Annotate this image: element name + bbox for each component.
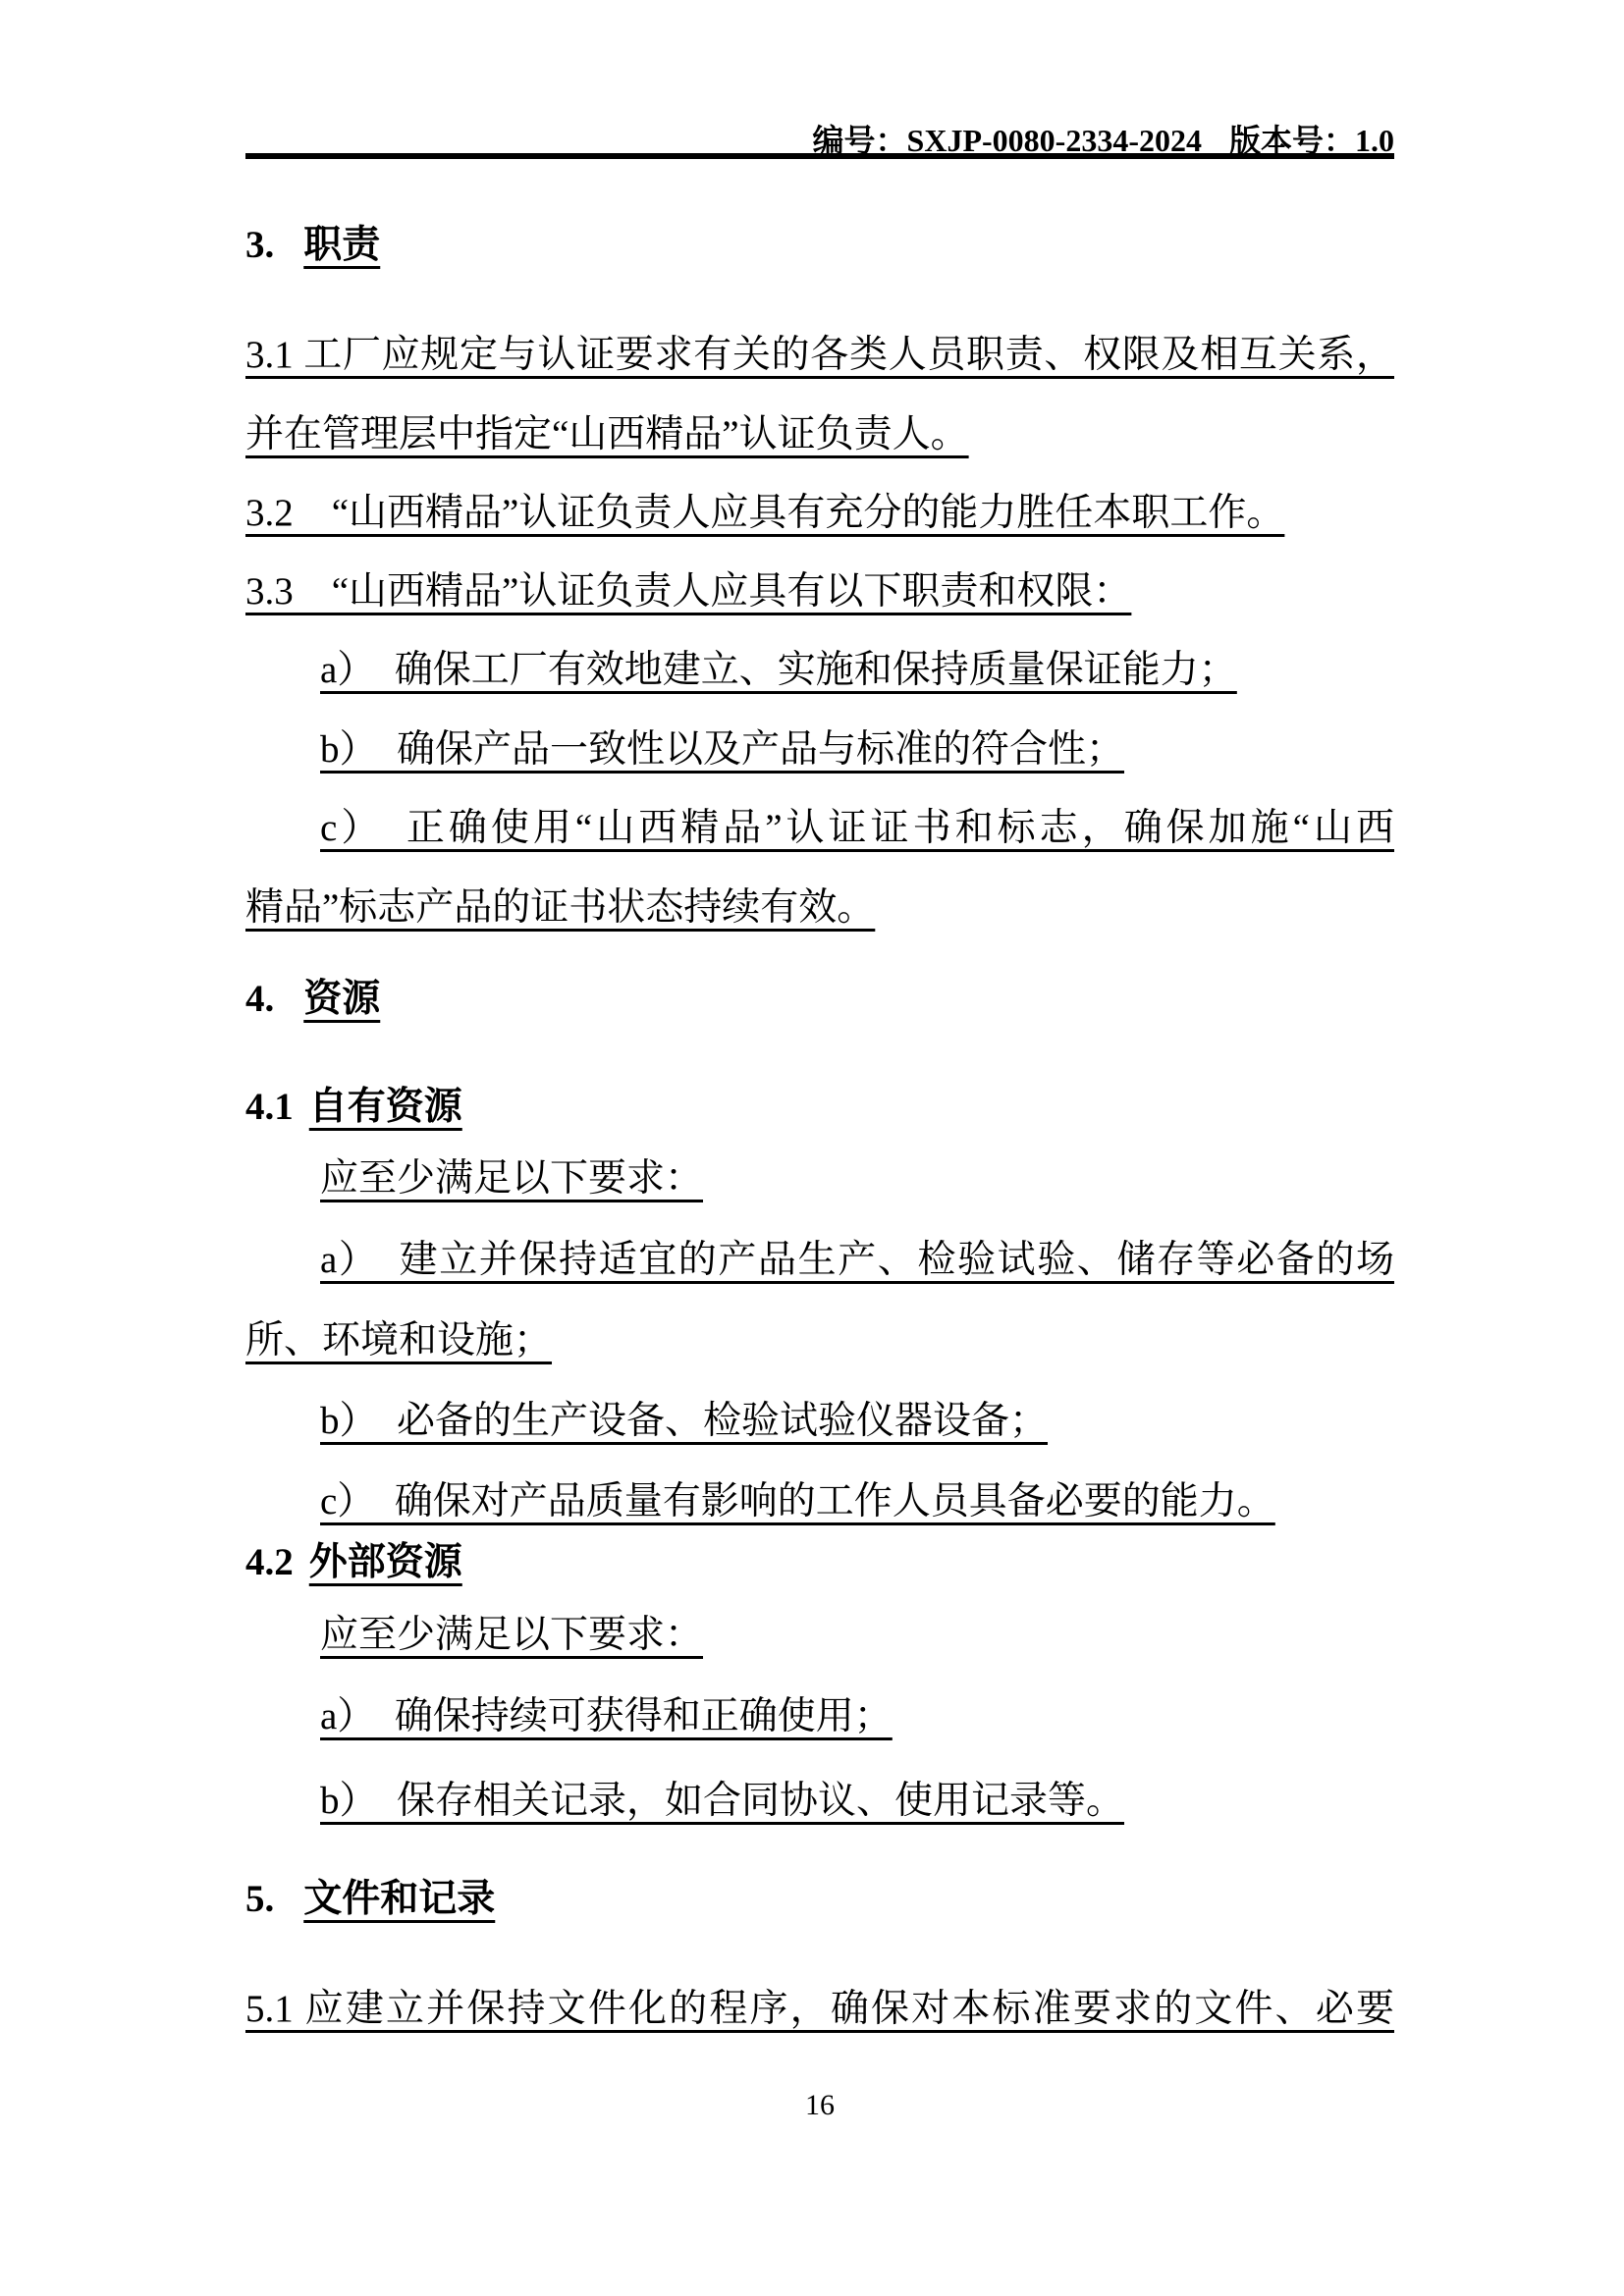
item-4-1-a-line-1: a） 建立并保持适宜的产品生产、检验试验、储存等必备的场 — [320, 1238, 1394, 1282]
heading-5-title: 文件和记录 — [303, 1878, 495, 1920]
heading-4-2-number: 4.2 — [245, 1540, 294, 1584]
heading-4-1-title: 自有资源 — [309, 1086, 462, 1128]
para-3-1-line-1: 3.1 工厂应规定与认证要求有关的各类人员职责、权限及相互关系， — [245, 333, 1394, 377]
para-5-1-line-1: 5.1 应建立并保持文件化的程序，确保对本标准要求的文件、必要 — [245, 1987, 1394, 2031]
para-4-2-intro: 应至少满足以下要求： — [320, 1613, 703, 1657]
item-4-1-b: b） 必备的生产设备、检验试验仪器设备； — [320, 1399, 1048, 1443]
document-page: 编号：SXJP-0080-2334-2024版本号：1.0 3.职责 3.1 工… — [0, 0, 1624, 2296]
heading-4-2: 4.2外部资源 — [245, 1540, 462, 1584]
para-3-2: 3.2 “山西精品”认证负责人应具有充分的能力胜任本职工作。 — [245, 491, 1284, 535]
heading-4-1: 4.1自有资源 — [245, 1085, 462, 1129]
item-3-3-a: a） 确保工厂有效地建立、实施和保持质量保证能力； — [320, 648, 1237, 692]
item-4-1-c: c） 确保对产品质量有影响的工作人员具备必要的能力。 — [320, 1479, 1275, 1523]
heading-4-title: 资源 — [303, 978, 380, 1020]
para-3-3: 3.3 “山西精品”认证负责人应具有以下职责和权限： — [245, 569, 1131, 614]
header-rule — [245, 153, 1394, 159]
item-4-2-a: a） 确保持续可获得和正确使用； — [320, 1694, 893, 1738]
item-3-3-b: b） 确保产品一致性以及产品与标准的符合性； — [320, 727, 1124, 772]
heading-4-1-number: 4.1 — [245, 1085, 294, 1129]
heading-5: 5.文件和记录 — [245, 1877, 495, 1921]
heading-5-number: 5. — [245, 1877, 274, 1921]
item-4-1-a-line-2: 所、环境和设施； — [245, 1318, 552, 1362]
para-4-1-intro: 应至少满足以下要求： — [320, 1156, 703, 1201]
page-number: 16 — [245, 2089, 1394, 2122]
item-3-3-c-line-2: 精品”标志产品的证书状态持续有效。 — [245, 885, 875, 930]
item-3-3-c-line-1: c） 正确使用“山西精品”认证证书和标志，确保加施“山西 — [320, 806, 1394, 850]
para-3-1-line-2: 并在管理层中指定“山西精品”认证负责人。 — [245, 412, 969, 456]
item-4-2-b: b） 保存相关记录，如合同协议、使用记录等。 — [320, 1779, 1124, 1823]
heading-4: 4.资源 — [245, 977, 380, 1021]
heading-3-number: 3. — [245, 223, 274, 267]
heading-3: 3.职责 — [245, 223, 380, 267]
heading-4-2-title: 外部资源 — [309, 1541, 462, 1583]
heading-4-number: 4. — [245, 977, 274, 1021]
heading-3-title: 职责 — [303, 224, 380, 266]
